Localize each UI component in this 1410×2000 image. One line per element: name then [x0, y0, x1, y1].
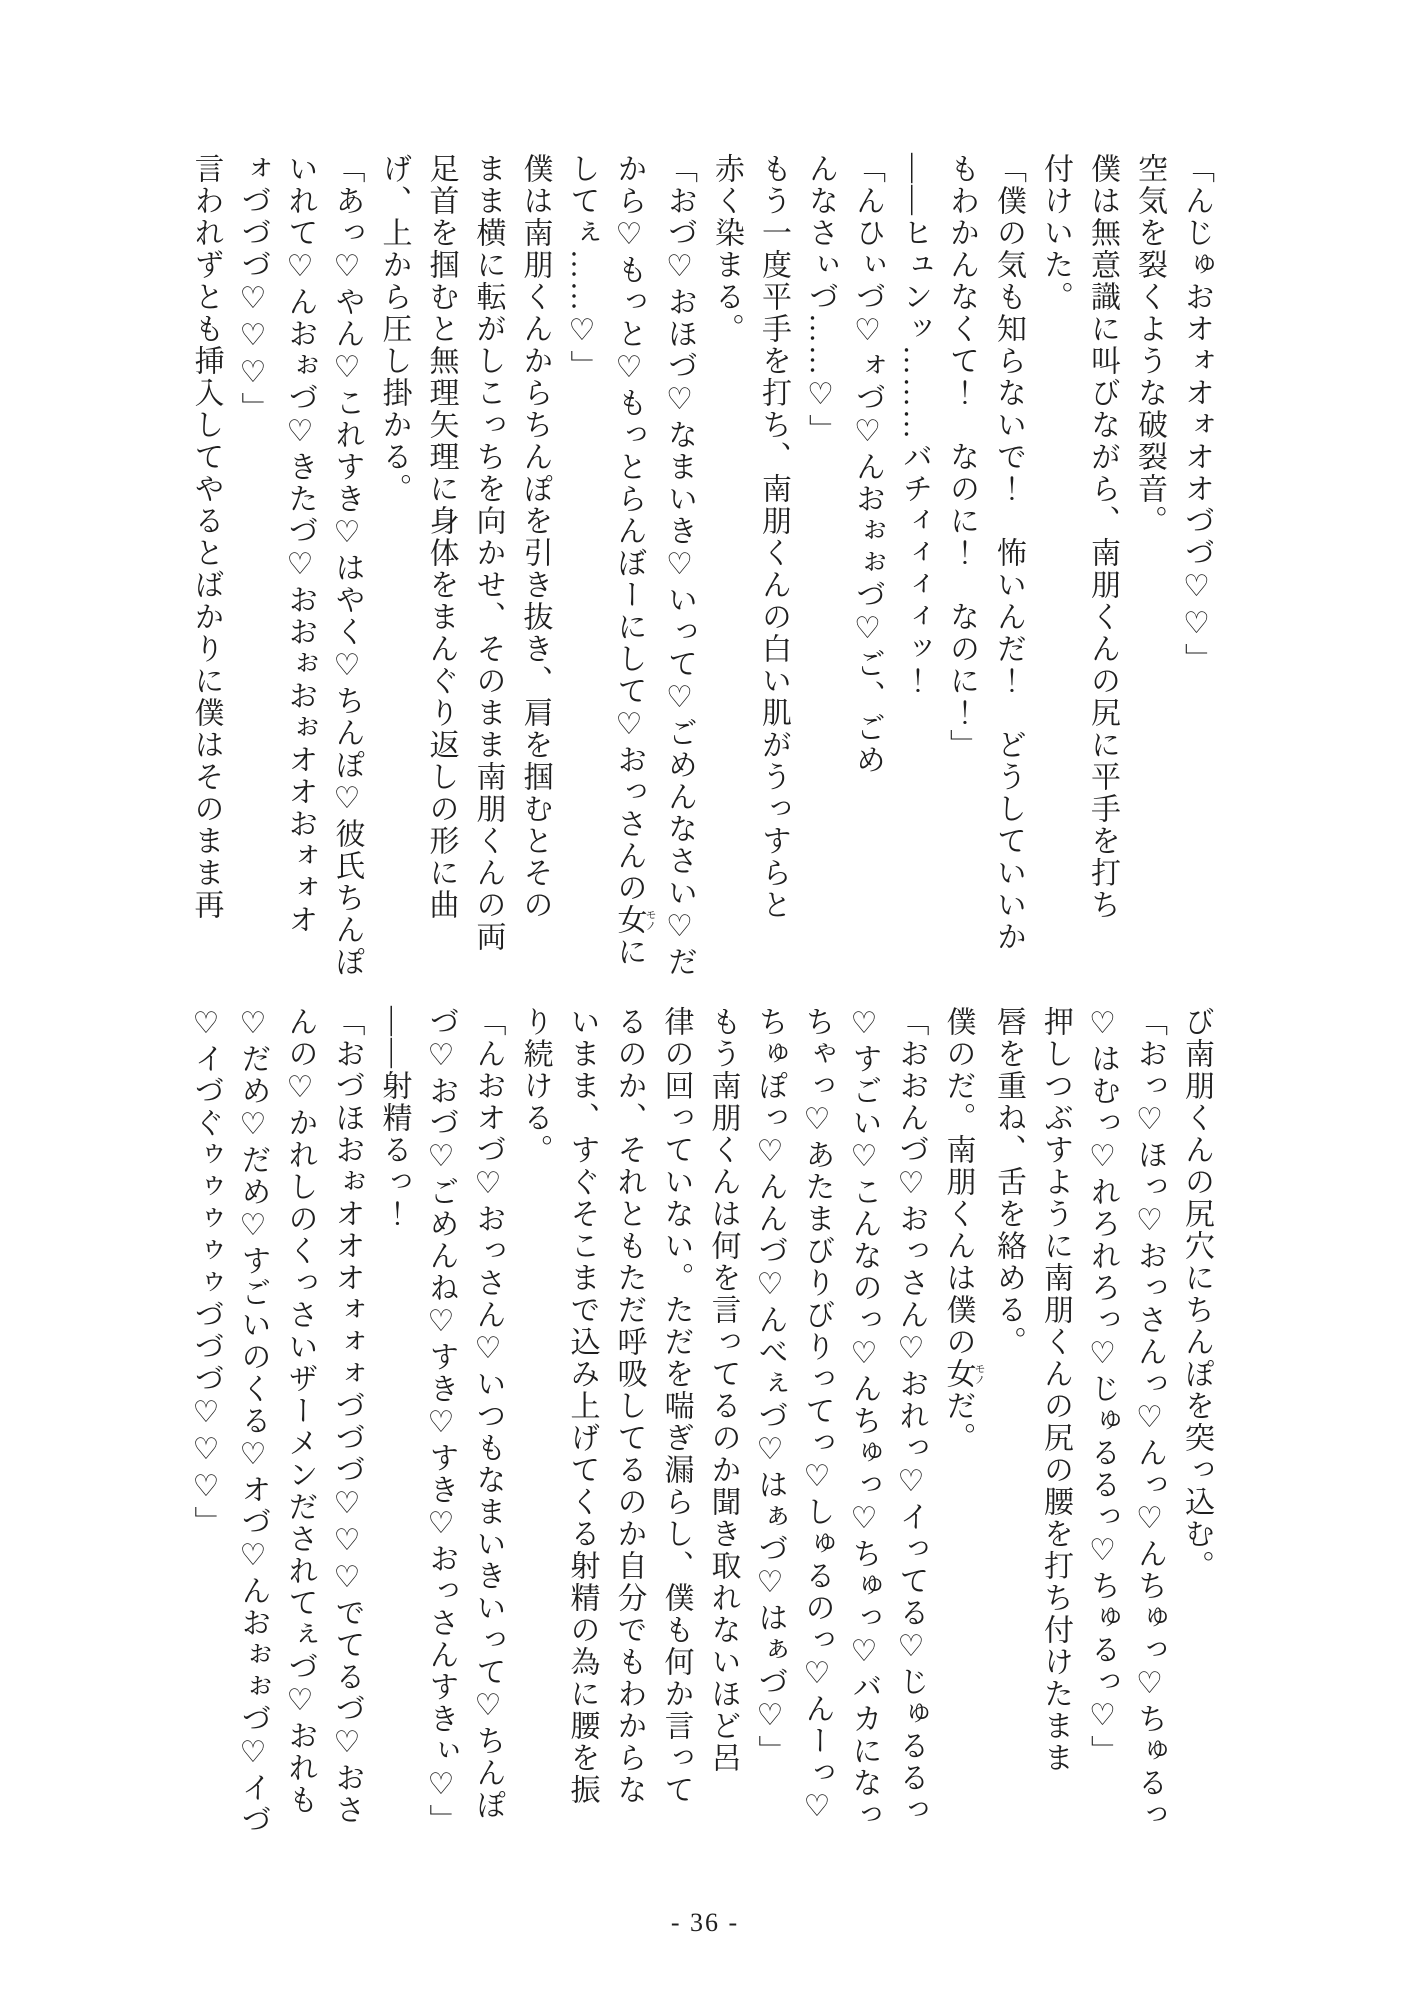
text-column: から♡もっと♡もっとらんぼーにして♡おっさんの女モノに — [606, 153, 657, 957]
text-column: 「おおんづ♡おっさん♡おれっ♡イってる♡じゅるるっ — [888, 1006, 935, 1818]
text-column: ♡だめ♡だめ♡すごいのくる♡オづ♡んおぉぉづ♡イづ — [230, 1006, 277, 1818]
text-column: 「んじゅおオォオォオオづづ♡♡」 — [1173, 153, 1220, 957]
text-column: 足首を掴むと無理矢理に身体をまんぐり返しの形に曲 — [418, 153, 465, 957]
text-column: り続ける。 — [512, 1006, 559, 1818]
text-column: ――射精るっ！ — [371, 1006, 418, 1818]
furigana-annotated-word: 女モノ — [613, 904, 646, 936]
text-column: 「んひぃづ♡ォづ♡んおぉぉづ♡ご、ごめ — [844, 153, 891, 957]
text-column: 「あっ♡やん♡これすき♡はやく♡ちんぽ♡彼氏ちんぽ — [324, 153, 371, 957]
text-column: 律の回っていない。ただを喘ぎ漏らし、僕も何か言って — [653, 1006, 700, 1818]
text-column: ♡すごい♡こんなのっ♡んちゅっ♡ちゅっ♡バカになっ — [841, 1006, 888, 1818]
text-column: び南朋くんの尻穴にちんぽを突っ込む。 — [1173, 1006, 1220, 1818]
text-column: いまま、すぐそこまで込み上げてくる射精の為に腰を振 — [559, 1006, 606, 1818]
text-column: んの♡かれしのくっさいザーメンだされてぇづ♡おれも — [277, 1006, 324, 1818]
text-column: まま横に転がしこっちを向かせ、そのまま南朋くんの両 — [465, 153, 512, 957]
text-tier-upper: 「んじゅおオォオォオオづづ♡♡」空気を裂くような破裂音。僕は無意識に叫びながら、… — [183, 153, 1221, 957]
text-column: ♡イづぐゥゥゥゥゥづづづ♡♡♡」 — [183, 1006, 230, 1818]
text-tier-lower: び南朋くんの尻穴にちんぽを突っ込む。「おっ♡ほっ♡おっさんっ♡んっ♡んちゅっ♡ち… — [183, 1006, 1221, 1818]
text-column: ォづづづ♡♡♡」 — [230, 153, 277, 957]
text-column: 「んおオづ♡おっさん♡いつもなまいきいって♡ちんぽ — [465, 1006, 512, 1818]
text-column: んなさぃづ……♡」 — [797, 153, 844, 957]
text-column: 付けいた。 — [1032, 153, 1079, 957]
text-column: 言われずとも挿入してやるとばかりに僕はそのまま再 — [183, 153, 230, 957]
text-column: もう南朋くんは何を言ってるのか聞き取れないほど呂 — [700, 1006, 747, 1818]
text-column: 僕は無意識に叫びながら、南朋くんの尻に平手を打ち — [1079, 153, 1126, 957]
text-column: 空気を裂くような破裂音。 — [1126, 153, 1173, 957]
text-column: してぇ……♡」 — [559, 153, 606, 957]
text-column: 「僕の気も知らないで！ 怖いんだ！ どうしていいか — [985, 153, 1032, 957]
text-column: 唇を重ね、舌を絡める。 — [985, 1006, 1032, 1818]
text-column: 「おづ♡おほづ♡なまいき♡いって♡ごめんなさい♡だ — [656, 153, 703, 957]
text-column: 赤く染まる。 — [703, 153, 750, 957]
text-column: もわかんなくて！ なのに！ なのに！」 — [938, 153, 985, 957]
page-number: - 36 - — [0, 1908, 1410, 1938]
page: 「んじゅおオォオォオオづづ♡♡」空気を裂くような破裂音。僕は無意識に叫びながら、… — [0, 0, 1410, 2000]
text-column: 僕は南朋くんからちんぽを引き抜き、肩を掴むとその — [512, 153, 559, 957]
text-column: 「おっ♡ほっ♡おっさんっ♡んっ♡んちゅっ♡ちゅるっ — [1126, 1006, 1173, 1818]
text-column: いれて♡んおぉづ♡きたづ♡おおぉおぉオオおォォオ — [277, 153, 324, 957]
text-column: もう一度平手を打ち、南朋くんの白い肌がうっすらと — [750, 153, 797, 957]
text-column: づ♡おづ♡ごめんね♡すき♡すき♡おっさんすきぃ♡」 — [418, 1006, 465, 1818]
furigana-annotated-word: 女モノ — [942, 1358, 975, 1390]
text-column: ちゅぽっ♡んんづ♡んべぇづ♡はぁづ♡はぁづ♡」 — [747, 1006, 794, 1818]
text-column: 僕のだ。南朋くんは僕の女モノだ。 — [935, 1006, 986, 1818]
text-column: ♡はむっ♡れろれろっ♡じゅるるっ♡ちゅるっ♡」 — [1079, 1006, 1126, 1818]
text-column: るのか、それともただ呼吸してるのか自分でもわからな — [606, 1006, 653, 1818]
text-column: 「おづほおぉオオオォォォづづづ♡♡♡でてるづ♡おさ — [324, 1006, 371, 1818]
text-column: ――ヒュンッ………バチィィィィッ！ — [891, 153, 938, 957]
text-column: 押しつぶすように南朋くんの尻の腰を打ち付けたまま — [1032, 1006, 1079, 1818]
text-column: ちゃっ♡あたまびりびりってっ♡しゅるのっ♡んーっ♡ — [794, 1006, 841, 1818]
text-column: げ、上から圧し掛かる。 — [371, 153, 418, 957]
